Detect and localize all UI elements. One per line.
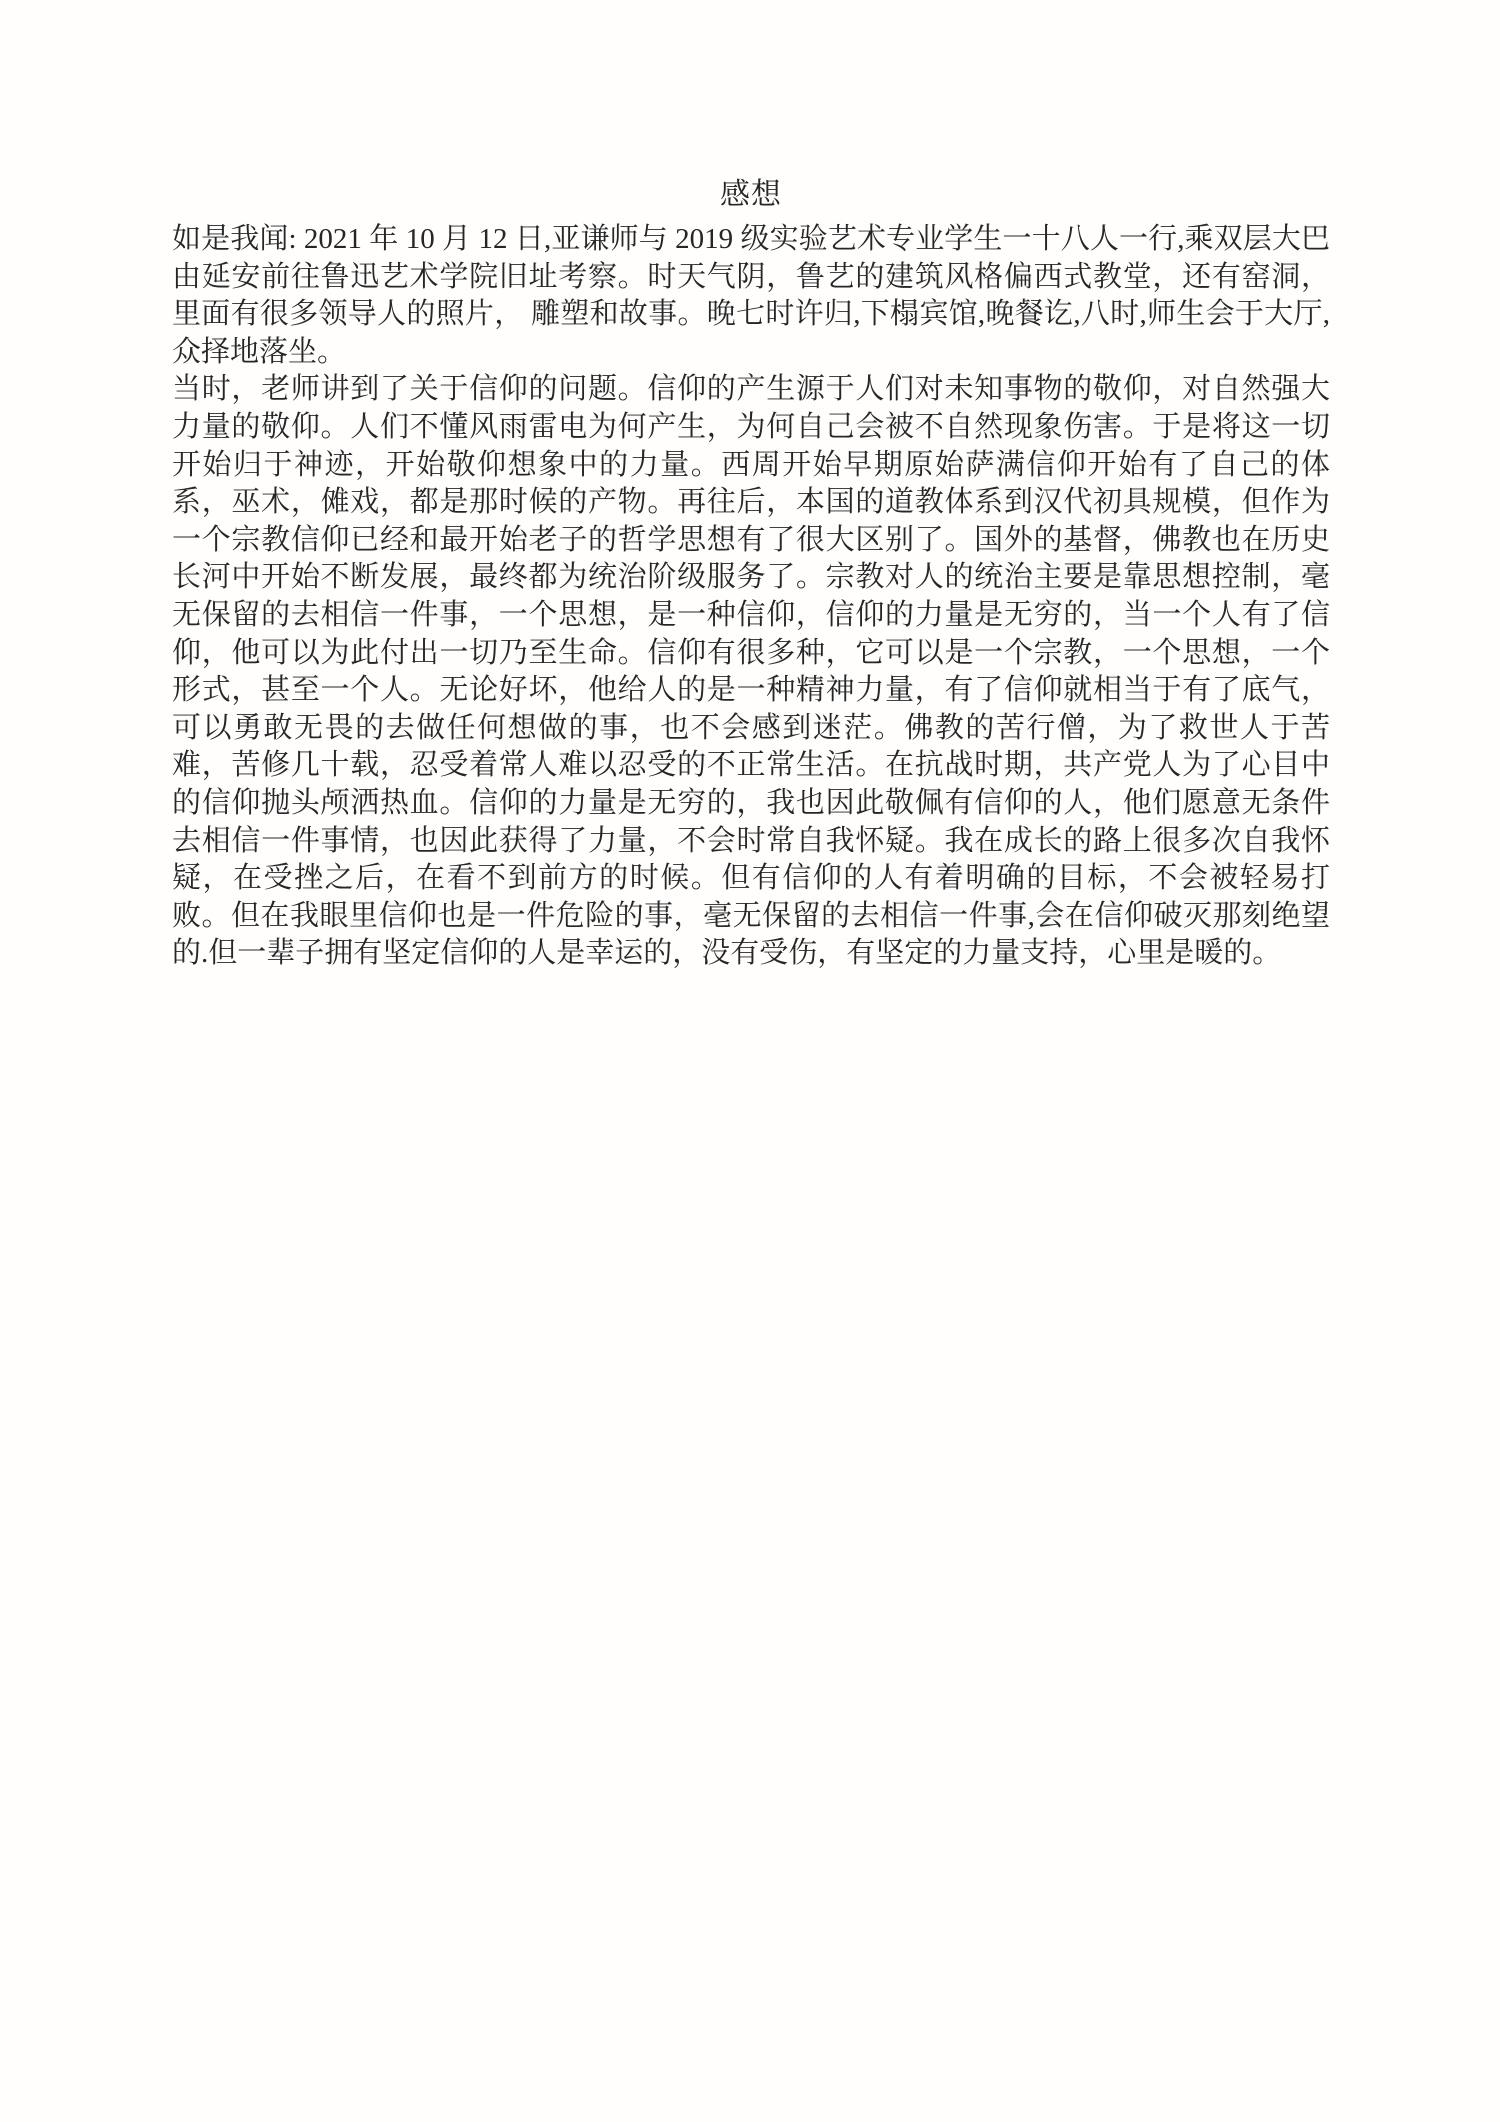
document-page: 感想 如是我闻: 2021 年 10 月 12 日,亚谦师与 2019 级实验艺…: [0, 0, 1500, 2122]
paragraph-travel-note: 如是我闻: 2021 年 10 月 12 日,亚谦师与 2019 级实验艺术专业…: [172, 221, 1330, 371]
document-title: 感想: [172, 176, 1330, 214]
paragraph-reflection-on-faith: 当时，老师讲到了关于信仰的问题。信仰的产生源于人们对未知事物的敬仰，对自然强大力…: [172, 371, 1330, 973]
